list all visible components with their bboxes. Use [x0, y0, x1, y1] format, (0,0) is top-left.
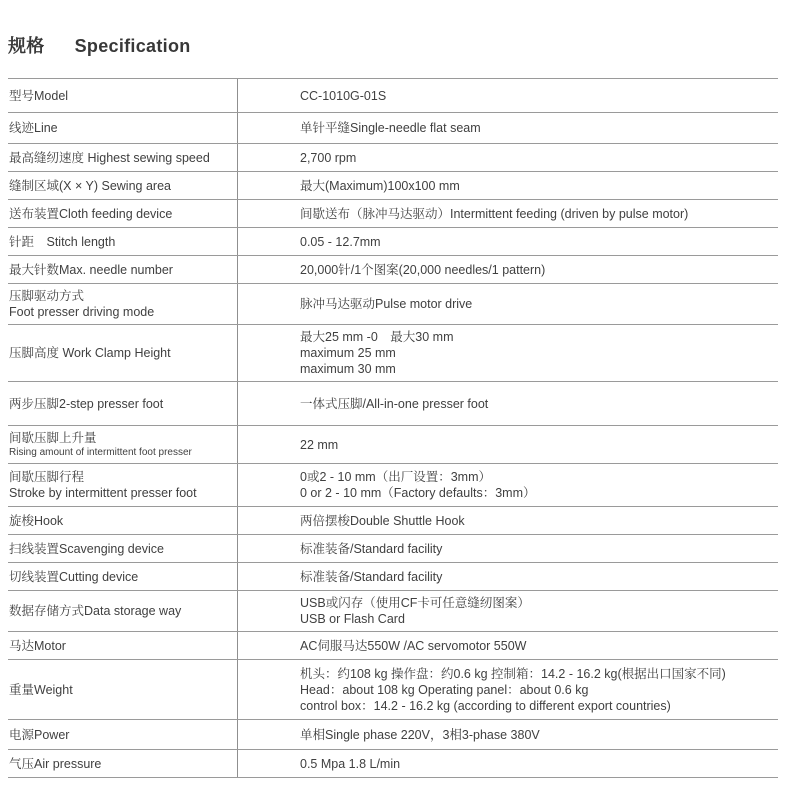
page-title-en: Specification: [75, 36, 191, 57]
spec-label-line: 针距 Stitch length: [9, 234, 229, 250]
spec-label-line: Foot presser driving mode: [9, 304, 229, 320]
spec-value-line: 单针平缝Single-needle flat seam: [300, 120, 772, 136]
spec-table-row: 马达Motor AC伺服马达550W /AC servomotor 550W: [8, 632, 778, 660]
spec-label-line: 马达Motor: [9, 638, 229, 654]
spec-value-line: CC-1010G-01S: [300, 88, 772, 104]
spec-label-line: 线迹Line: [9, 120, 229, 136]
spec-label-line: 最大针数Max. needle number: [9, 262, 229, 278]
spec-value-line: 间歇送布（脉冲马达驱动）Intermittent feeding (driven…: [300, 206, 772, 222]
spec-label-line: 切线装置Cutting device: [9, 569, 229, 585]
spec-label-line: 压脚高度 Work Clamp Height: [9, 345, 229, 361]
spec-label-line: 间歇压脚行程: [9, 469, 229, 485]
spec-value-line: maximum 25 mm: [300, 345, 772, 361]
spec-item-value-cell: 标准装备/Standard facility: [238, 563, 778, 590]
spec-table-row: 最高缝纫速度 Highest sewing speed 2,700 rpm: [8, 144, 778, 172]
spec-item-label-cell: 重量Weight: [8, 660, 238, 719]
spec-item-value-cell: 0或2 - 10 mm（出厂设置：3mm）0 or 2 - 10 mm（Fact…: [238, 464, 778, 506]
spec-table-row: 针距 Stitch length 0.05 - 12.7mm: [8, 228, 778, 256]
spec-item-value-cell: 一体式压脚/All-in-one presser foot: [238, 382, 778, 425]
spec-item-value-cell: 单相Single phase 220V，3相3-phase 380V: [238, 720, 778, 749]
spec-value-line: AC伺服马达550W /AC servomotor 550W: [300, 638, 772, 654]
spec-value-line: 22 mm: [300, 437, 772, 453]
spec-item-value-cell: AC伺服马达550W /AC servomotor 550W: [238, 632, 778, 659]
spec-item-label-cell: 压脚驱动方式Foot presser driving mode: [8, 284, 238, 324]
spec-item-label-cell: 针距 Stitch length: [8, 228, 238, 255]
spec-item-value-cell: 22 mm: [238, 426, 778, 463]
spec-value-line: 2,700 rpm: [300, 150, 772, 166]
spec-table-row: 旋梭Hook 两倍摆梭Double Shuttle Hook: [8, 507, 778, 535]
spec-table-row: 型号Model CC-1010G-01S: [8, 79, 778, 113]
spec-table-row: 气压Air pressure 0.5 Mpa 1.8 L/min: [8, 750, 778, 778]
spec-item-value-cell: 单针平缝Single-needle flat seam: [238, 113, 778, 143]
spec-item-label-cell: 切线装置Cutting device: [8, 563, 238, 590]
spec-table-row: 送布装置Cloth feeding device 间歇送布（脉冲马达驱动）Int…: [8, 200, 778, 228]
spec-item-label-cell: 扫线装置Scavenging device: [8, 535, 238, 562]
spec-table-row: 压脚驱动方式Foot presser driving mode 脉冲马达驱动Pu…: [8, 284, 778, 325]
spec-label-line: 重量Weight: [9, 682, 229, 698]
spec-item-label-cell: 型号Model: [8, 79, 238, 112]
spec-item-label-cell: 缝制区域(X × Y) Sewing area: [8, 172, 238, 199]
spec-table-row: 最大针数Max. needle number 20,000针/1个图案(20,0…: [8, 256, 778, 284]
spec-table-row: 线迹Line 单针平缝Single-needle flat seam: [8, 113, 778, 144]
spec-item-label-cell: 间歇压脚上升量Rising amount of intermittent foo…: [8, 426, 238, 463]
page-title: 规格 Specification: [8, 32, 191, 58]
spec-item-label-cell: 马达Motor: [8, 632, 238, 659]
spec-value-line: 标准装备/Standard facility: [300, 541, 772, 557]
spec-item-value-cell: 两倍摆梭Double Shuttle Hook: [238, 507, 778, 534]
spec-item-value-cell: 脉冲马达驱动Pulse motor drive: [238, 284, 778, 324]
spec-item-value-cell: 2,700 rpm: [238, 144, 778, 171]
spec-value-line: 最大(Maximum)100x100 mm: [300, 178, 772, 194]
spec-item-label-cell: 间歇压脚行程Stroke by intermittent presser foo…: [8, 464, 238, 506]
spec-table-row: 压脚高度 Work Clamp Height 最大25 mm -0 最大30 m…: [8, 325, 778, 382]
spec-item-value-cell: USB或闪存（使用CF卡可任意缝纫图案）USB or Flash Card: [238, 591, 778, 631]
spec-table-row: 缝制区域(X × Y) Sewing area 最大(Maximum)100x1…: [8, 172, 778, 200]
spec-item-value-cell: 0.5 Mpa 1.8 L/min: [238, 750, 778, 777]
spec-value-line: 单相Single phase 220V，3相3-phase 380V: [300, 727, 772, 743]
spec-label-subline: Rising amount of intermittent foot press…: [9, 446, 229, 459]
spec-table-row: 电源Power 单相Single phase 220V，3相3-phase 38…: [8, 720, 778, 750]
spec-value-line: control box：14.2 - 16.2 kg (according to…: [300, 698, 772, 714]
specification-table: 型号Model CC-1010G-01S 线迹Line 单针平缝Single-n…: [8, 78, 778, 778]
spec-item-value-cell: CC-1010G-01S: [238, 79, 778, 112]
spec-item-label-cell: 数据存储方式Data storage way: [8, 591, 238, 631]
page-title-zh: 规格: [8, 32, 45, 58]
spec-table-row: 间歇压脚上升量Rising amount of intermittent foo…: [8, 426, 778, 464]
spec-value-line: maximum 30 mm: [300, 361, 772, 377]
spec-item-value-cell: 最大25 mm -0 最大30 mmmaximum 25 mmmaximum 3…: [238, 325, 778, 381]
spec-value-line: USB或闪存（使用CF卡可任意缝纫图案）: [300, 595, 772, 611]
spec-value-line: 0.5 Mpa 1.8 L/min: [300, 756, 772, 772]
spec-table-row: 两步压脚2-step presser foot 一体式压脚/All-in-one…: [8, 382, 778, 426]
spec-value-line: 0.05 - 12.7mm: [300, 234, 772, 250]
spec-item-label-cell: 两步压脚2-step presser foot: [8, 382, 238, 425]
spec-value-line: Head：about 108 kg Operating panel：about …: [300, 682, 772, 698]
spec-value-line: 0或2 - 10 mm（出厂设置：3mm）: [300, 469, 772, 485]
spec-item-value-cell: 最大(Maximum)100x100 mm: [238, 172, 778, 199]
spec-label-line: 扫线装置Scavenging device: [9, 541, 229, 557]
spec-label-line: 电源Power: [9, 727, 229, 743]
spec-table-row: 数据存储方式Data storage way USB或闪存（使用CF卡可任意缝纫…: [8, 591, 778, 632]
spec-item-label-cell: 最高缝纫速度 Highest sewing speed: [8, 144, 238, 171]
spec-label-line: Stroke by intermittent presser foot: [9, 485, 229, 501]
spec-value-line: 机头：约108 kg 操作盘：约0.6 kg 控制箱：14.2 - 16.2 k…: [300, 666, 772, 682]
spec-item-value-cell: 间歇送布（脉冲马达驱动）Intermittent feeding (driven…: [238, 200, 778, 227]
spec-value-line: 20,000针/1个图案(20,000 needles/1 pattern): [300, 262, 772, 278]
spec-item-value-cell: 20,000针/1个图案(20,000 needles/1 pattern): [238, 256, 778, 283]
spec-label-line: 数据存储方式Data storage way: [9, 603, 229, 619]
spec-item-label-cell: 最大针数Max. needle number: [8, 256, 238, 283]
spec-value-line: 脉冲马达驱动Pulse motor drive: [300, 296, 772, 312]
spec-table-row: 切线装置Cutting device 标准装备/Standard facilit…: [8, 563, 778, 591]
spec-label-line: 旋梭Hook: [9, 513, 229, 529]
spec-label-line: 缝制区域(X × Y) Sewing area: [9, 178, 229, 194]
spec-value-line: 最大25 mm -0 最大30 mm: [300, 329, 772, 345]
spec-value-line: 0 or 2 - 10 mm（Factory defaults：3mm）: [300, 485, 772, 501]
spec-table-row: 重量Weight 机头：约108 kg 操作盘：约0.6 kg 控制箱：14.2…: [8, 660, 778, 720]
spec-item-label-cell: 压脚高度 Work Clamp Height: [8, 325, 238, 381]
spec-label-line: 气压Air pressure: [9, 756, 229, 772]
spec-value-line: 两倍摆梭Double Shuttle Hook: [300, 513, 772, 529]
specification-page: 规格 Specification 型号Model CC-1010G-01S 线迹…: [0, 0, 790, 791]
spec-item-label-cell: 电源Power: [8, 720, 238, 749]
spec-label-line: 最高缝纫速度 Highest sewing speed: [9, 150, 229, 166]
spec-table-row: 扫线装置Scavenging device 标准装备/Standard faci…: [8, 535, 778, 563]
spec-label-line: 间歇压脚上升量: [9, 430, 229, 446]
spec-item-label-cell: 送布装置Cloth feeding device: [8, 200, 238, 227]
spec-label-line: 压脚驱动方式: [9, 288, 229, 304]
spec-item-label-cell: 气压Air pressure: [8, 750, 238, 777]
spec-item-value-cell: 标准装备/Standard facility: [238, 535, 778, 562]
spec-label-line: 送布装置Cloth feeding device: [9, 206, 229, 222]
spec-label-line: 两步压脚2-step presser foot: [9, 396, 229, 412]
spec-item-value-cell: 机头：约108 kg 操作盘：约0.6 kg 控制箱：14.2 - 16.2 k…: [238, 660, 778, 719]
spec-item-label-cell: 线迹Line: [8, 113, 238, 143]
spec-value-line: 标准装备/Standard facility: [300, 569, 772, 585]
spec-label-line: 型号Model: [9, 88, 229, 104]
spec-value-line: 一体式压脚/All-in-one presser foot: [300, 396, 772, 412]
spec-value-line: USB or Flash Card: [300, 611, 772, 627]
spec-item-value-cell: 0.05 - 12.7mm: [238, 228, 778, 255]
spec-item-label-cell: 旋梭Hook: [8, 507, 238, 534]
spec-table-row: 间歇压脚行程Stroke by intermittent presser foo…: [8, 464, 778, 507]
